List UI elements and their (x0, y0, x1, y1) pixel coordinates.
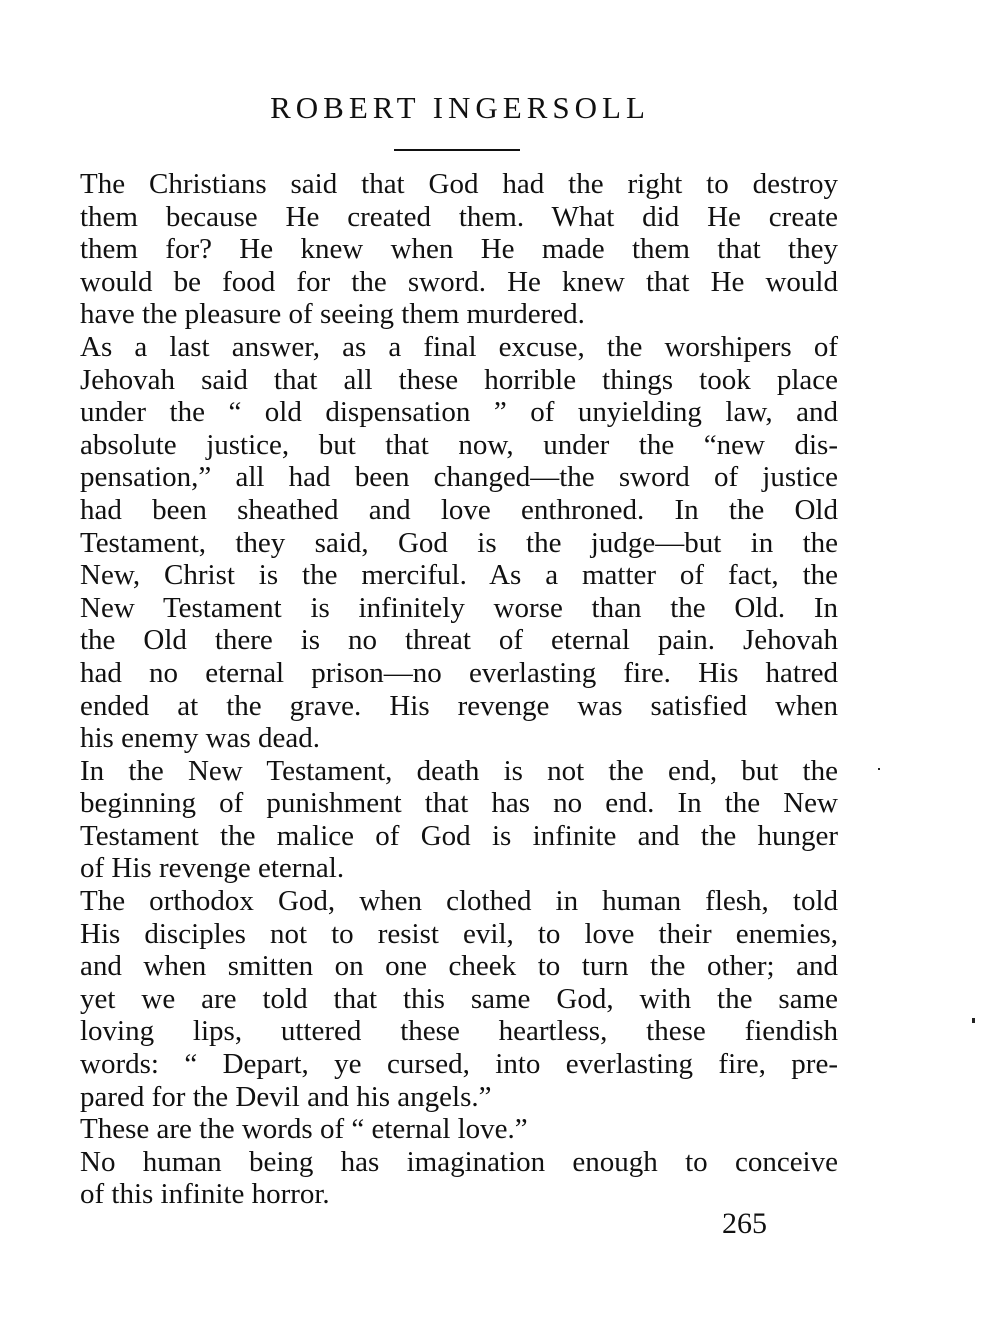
text-line: pared for the Devil and his angels.” (80, 1081, 838, 1114)
header-rule-divider (394, 149, 520, 151)
text-line: Jehovah said that all these horrible thi… (80, 364, 838, 397)
text-line: have the pleasure of seeing them murdere… (80, 298, 838, 331)
text-line: Testament the malice of God is infinite … (80, 820, 838, 853)
text-line: No human being has imagination enough to… (80, 1146, 838, 1179)
scan-speck (972, 1018, 975, 1023)
text-line: As a last answer, as a final excuse, the… (80, 331, 838, 364)
page-number: 265 (722, 1206, 767, 1242)
text-line: yet we are told that this same God, with… (80, 983, 838, 1016)
text-line: These are the words of “ eternal love.” (80, 1113, 838, 1146)
running-head: ROBERT INGERSOLL (0, 88, 920, 128)
text-line: the Old there is no threat of eternal pa… (80, 624, 838, 657)
text-line: them because He created them. What did H… (80, 201, 838, 234)
paragraph-2: As a last answer, as a final excuse, the… (80, 331, 838, 755)
text-line: his enemy was dead. (80, 722, 838, 755)
text-line: ended at the grave. His revenge was sati… (80, 690, 838, 723)
text-line: beginning of punishment that has no end.… (80, 787, 838, 820)
text-line: and when smitten on one cheek to turn th… (80, 950, 838, 983)
text-line: New, Christ is the merciful. As a matter… (80, 559, 838, 592)
text-line: words: “ Depart, ye cursed, into everlas… (80, 1048, 838, 1081)
text-line: The Christians said that God had the rig… (80, 168, 838, 201)
text-line: pensation,” all had been changed—the swo… (80, 461, 838, 494)
body-text: The Christians said that God had the rig… (80, 168, 838, 1211)
text-line: In the New Testament, death is not the e… (80, 755, 838, 788)
text-line: Testament, they said, God is the judge—b… (80, 527, 838, 560)
text-line: New Testament is infinitely worse than t… (80, 592, 838, 625)
text-line: them for? He knew when He made them that… (80, 233, 838, 266)
text-line: His disciples not to resist evil, to lov… (80, 918, 838, 951)
text-line: of His revenge eternal. (80, 852, 838, 885)
text-line: under the “ old dispensation ” of unyiel… (80, 396, 838, 429)
text-line: The orthodox God, when clothed in human … (80, 885, 838, 918)
paragraph-6: No human being has imagination enough to… (80, 1146, 838, 1211)
paragraph-5: These are the words of “ eternal love.” (80, 1113, 838, 1146)
scan-speck (878, 768, 880, 770)
text-line: had been sheathed and love enthroned. In… (80, 494, 838, 527)
text-line: had no eternal prison—no everlasting fir… (80, 657, 838, 690)
paragraph-4: The orthodox God, when clothed in human … (80, 885, 838, 1113)
text-line: would be food for the sword. He knew tha… (80, 266, 838, 299)
text-line: absolute justice, but that now, under th… (80, 429, 838, 462)
paragraph-3: In the New Testament, death is not the e… (80, 755, 838, 885)
text-line: loving lips, uttered these heartless, th… (80, 1015, 838, 1048)
paragraph-1: The Christians said that God had the rig… (80, 168, 838, 331)
